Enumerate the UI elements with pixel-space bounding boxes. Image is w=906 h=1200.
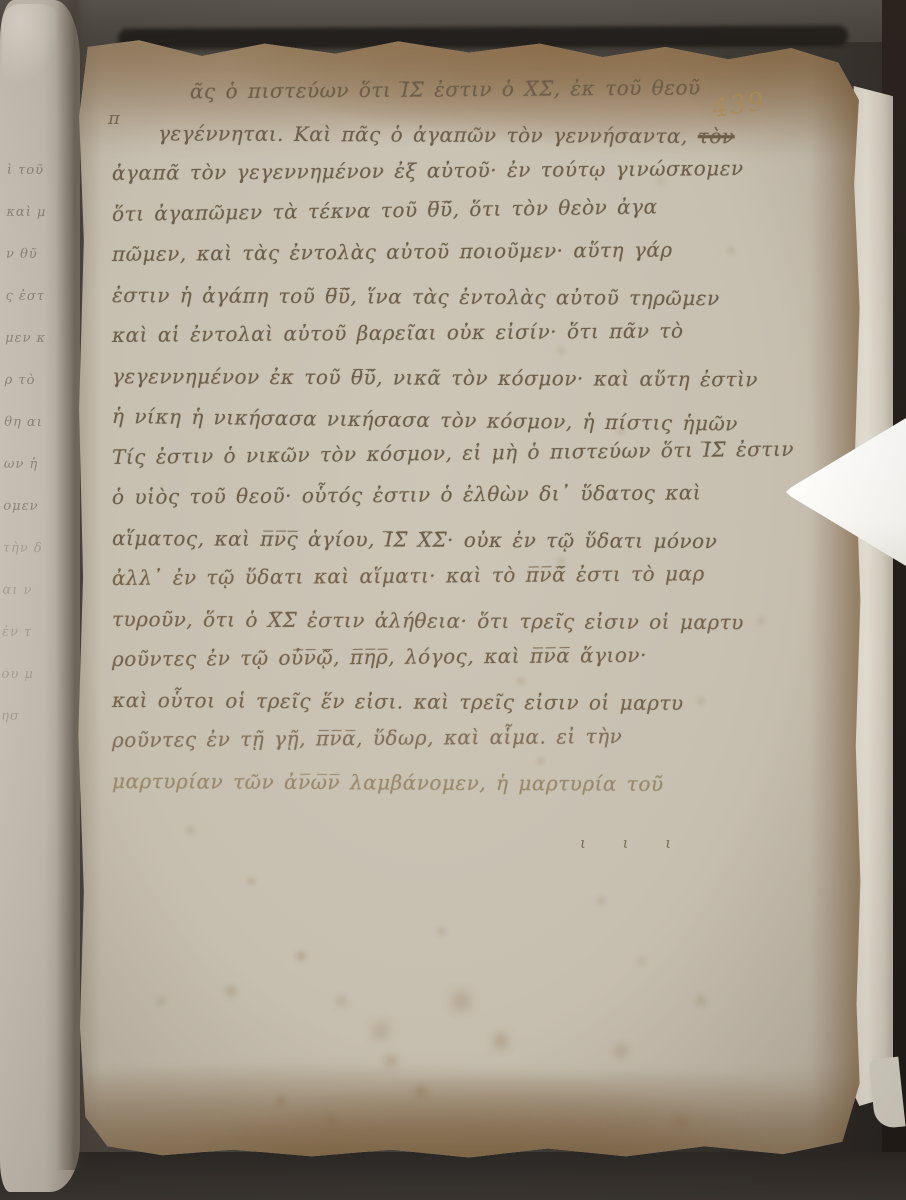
struck-word: τὸν: [698, 124, 735, 148]
text-line: γεγεννημένον ἐκ τοῦ θ̅ῦ̅, νικᾶ τὸν κόσμο…: [112, 356, 732, 400]
manuscript-page: π 439 ᾶς ὁ πιστεύων ὅτι Ι̅Σ̅ ἐστιν ὁ Χ̅Σ…: [76, 38, 862, 1162]
text-line: μαρτυρίαν τῶν ἀν̅ω̅ν̅ λαμβάνομεν, ἡ μαρτ…: [112, 761, 732, 805]
bottom-edge-stain: [76, 1042, 862, 1162]
text-line: ὁ υἱὸς τοῦ θεοῦ· οὗτός ἐστιν ὁ ἐλθὼν δι᾽…: [112, 472, 732, 517]
manuscript-photo: ὶ τοῦ καὶ μ ν θῦ ς ἐστ μεν κ ρ τὸ θη αι …: [0, 0, 906, 1200]
text-line: Τίς ἐστιν ὁ νικῶν τὸν κόσμον, εἰ μὴ ὁ πι…: [112, 429, 732, 477]
text-line: ὅτι ἀγαπῶμεν τὰ τέκνα τοῦ θ̅ῦ̅, ὅτι τὸν …: [112, 185, 733, 234]
text-line: καὶ αἱ ἐντολαὶ αὐτοῦ βαρεῖαι οὐκ εἰσίν· …: [112, 310, 732, 355]
text-line: ροῦντες ἐν τῷ οὐ̅ν̅ῷ̅, π̅η̅ρ̅, λόγος, κα…: [112, 634, 732, 679]
book-cover-bottom-edge: [0, 1152, 906, 1200]
facing-page-corner: [2, 4, 60, 84]
cover-ridge-shadow: [118, 25, 848, 49]
text-line: ᾶς ὁ πιστεύων ὅτι Ι̅Σ̅ ἐστιν ὁ Χ̅Σ̅, ἐκ …: [112, 67, 732, 112]
text-line: ἀλλ᾽ ἐν τῷ ὕδατι καὶ αἵματι· καὶ τὸ π̅ν̅…: [112, 553, 732, 598]
pen-tick-marks: ι ι ι: [580, 834, 687, 852]
text-line-main: γεγέννηται. Καὶ πᾶς ὁ ἀγαπῶν τὸν γεννήσα…: [158, 121, 688, 148]
right-edge-stain: [810, 38, 862, 1162]
text-line: πῶμεν, καὶ τὰς ἐντολὰς αὐτοῦ ποιοῦμεν· α…: [112, 229, 732, 274]
text-line: ροῦντες ἐν τῇ γῇ, π̅ν̅α̅, ὕδωρ, καὶ αἷμα…: [112, 715, 732, 760]
manuscript-text-block: ᾶς ὁ πιστεύων ὅτι Ι̅Σ̅ ἐστιν ὁ Χ̅Σ̅, ἐκ …: [112, 72, 732, 801]
